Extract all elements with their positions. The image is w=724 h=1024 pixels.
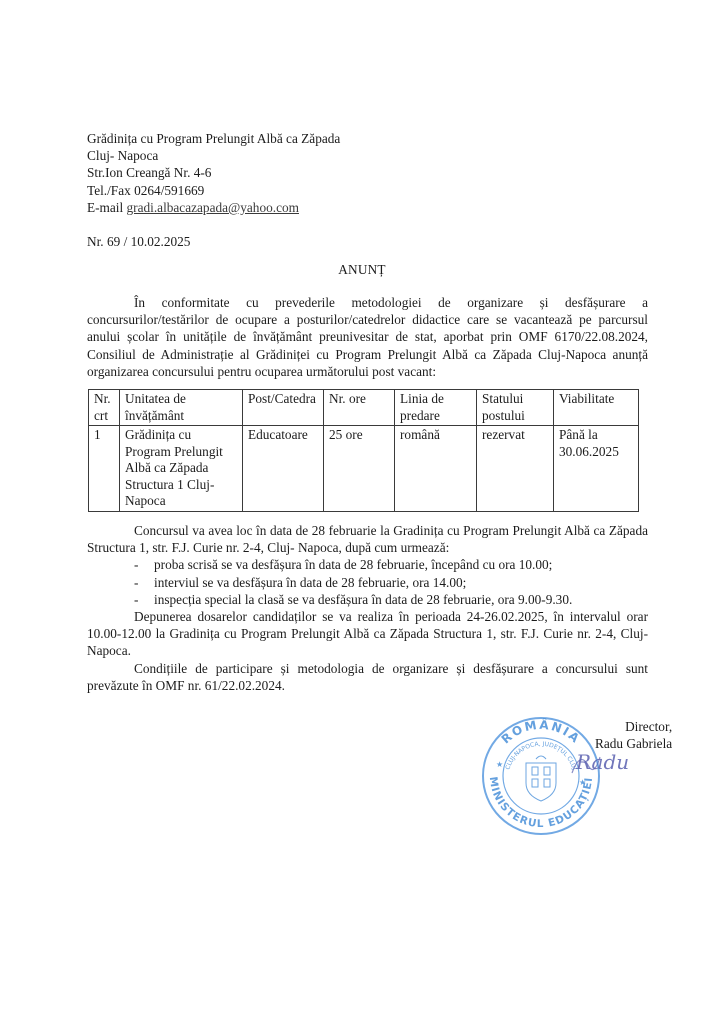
email-label: E-mail — [87, 200, 123, 215]
document-title: ANUNȚ — [0, 262, 724, 278]
cell-nr-crt: 1 — [89, 426, 120, 512]
coat-of-arms-icon — [526, 756, 556, 801]
phone-label: Tel./Fax — [87, 183, 131, 198]
institution-city: Cluj- Napoca — [87, 147, 340, 164]
submission-paragraph: Depunerea dosarelor candidaților se va r… — [87, 608, 648, 660]
contest-steps: proba scrisă se va desfășura în data de … — [87, 556, 648, 608]
email-link[interactable]: gradi.albacazapada@yahoo.com — [127, 200, 299, 215]
cell-viabilitate: Până la 30.06.2025 — [554, 426, 639, 512]
cell-nr-ore: 25 ore — [324, 426, 395, 512]
contest-details: Concursul va avea loc în data de 28 febr… — [87, 522, 648, 694]
handwritten-signature-icon: Radu — [570, 743, 650, 783]
institution-name: Grădinița cu Program Prelungit Albă ca Z… — [87, 130, 340, 147]
step-interview: interviul se va desfășura în data de 28 … — [134, 574, 648, 591]
cell-linia-predare: română — [395, 426, 477, 512]
svg-text:Radu: Radu — [575, 750, 629, 774]
intro-paragraph: În conformitate cu prevederile metodolog… — [87, 294, 648, 380]
phone-number: 0264/591669 — [134, 183, 204, 198]
header-viabilitate: Viabilitate — [554, 390, 639, 426]
header-unitatea: Unitatea de învățământ — [120, 390, 243, 426]
step-class-inspection: inspecția special la clasă se va desfășu… — [134, 591, 648, 608]
conditions-paragraph: Condițiile de participare și metodologia… — [87, 660, 648, 694]
table-row: 1 Grădinița cu Program Prelungit Albă ca… — [89, 426, 639, 512]
svg-text:★: ★ — [496, 760, 503, 769]
step-written-exam: proba scrisă se va desfășura în data de … — [134, 556, 648, 573]
cell-post-catedra: Educatoare — [243, 426, 324, 512]
header-linia-predare: Linia de predare — [395, 390, 477, 426]
header-nr-crt: Nr. crt — [89, 390, 120, 426]
institution-email: E-mail gradi.albacazapada@yahoo.com — [87, 199, 340, 216]
cell-unitatea: Grădinița cu Program Prelungit Albă ca Z… — [120, 426, 243, 512]
institution-street: Str.Ion Creangă Nr. 4-6 — [87, 164, 340, 181]
header-post-catedra: Post/Catedra — [243, 390, 324, 426]
header-nr-ore: Nr. ore — [324, 390, 395, 426]
reference-number: Nr. 69 / 10.02.2025 — [87, 234, 190, 250]
document-page: Grădinița cu Program Prelungit Albă ca Z… — [0, 0, 724, 1024]
vacancy-table: Nr. crt Unitatea de învățământ Post/Cate… — [88, 389, 639, 512]
header-statului-postului: Statului postului — [477, 390, 554, 426]
contest-intro: Concursul va avea loc în data de 28 febr… — [87, 522, 648, 556]
table-header-row: Nr. crt Unitatea de învățământ Post/Cate… — [89, 390, 639, 426]
signatory-role: Director, — [595, 718, 672, 735]
letterhead: Grădinița cu Program Prelungit Albă ca Z… — [87, 130, 340, 216]
institution-phone: Tel./Fax 0264/591669 — [87, 182, 340, 199]
cell-statului-postului: rezervat — [477, 426, 554, 512]
